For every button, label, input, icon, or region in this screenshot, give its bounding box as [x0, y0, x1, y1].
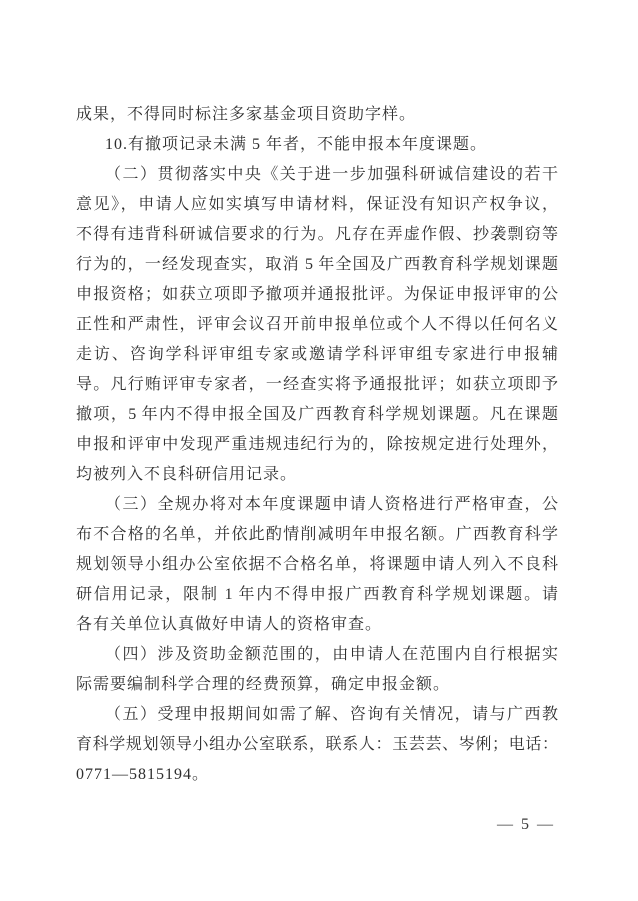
document-line: 撤项，5 年内不得申报全国及广西教育科学规划课题。凡在课题 — [76, 400, 558, 430]
document-body: 成果，不得同时标注多家基金项目资助字样。10.有撤项记录未满 5 年者，不能申报… — [76, 100, 558, 790]
document-line: 走访、咨询学科评审组专家或邀请学科评审组专家进行申报辅 — [76, 340, 558, 370]
document-line: 育科学规划领导小组办公室联系，联系人：玉芸芸、岑俐；电话： — [76, 730, 558, 760]
document-line: （五）受理申报期间如需了解、咨询有关情况，请与广西教 — [76, 700, 558, 730]
document-line: 0771—5815194。 — [76, 760, 558, 790]
document-line: 成果，不得同时标注多家基金项目资助字样。 — [76, 100, 558, 130]
document-page: 成果，不得同时标注多家基金项目资助字样。10.有撤项记录未满 5 年者，不能申报… — [0, 0, 638, 901]
document-line: 际需要编制科学合理的经费预算，确定申报金额。 — [76, 670, 558, 700]
document-line: 正性和严肃性，评审会议召开前申报单位或个人不得以任何名义 — [76, 310, 558, 340]
document-line: 均被列入不良科研信用记录。 — [76, 460, 558, 490]
document-line: 布不合格的名单，并依此酌情削减明年申报名额。广西教育科学 — [76, 520, 558, 550]
document-line: （二）贯彻落实中央《关于进一步加强科研诚信建设的若干 — [76, 160, 558, 190]
document-line: 研信用记录，限制 1 年内不得申报广西教育科学规划课题。请 — [76, 580, 558, 610]
document-line: 各有关单位认真做好申请人的资格审查。 — [76, 610, 558, 640]
document-line: （四）涉及资助金额范围的，由申请人在范围内自行根据实 — [76, 640, 558, 670]
document-line: （三）全规办将对本年度课题申请人资格进行严格审查，公 — [76, 490, 558, 520]
document-line: 申报和评审中发现严重违规违纪行为的，除按规定进行处理外， — [76, 430, 558, 460]
document-line: 行为的，一经发现查实，取消 5 年全国及广西教育科学规划课题 — [76, 250, 558, 280]
page-number: — 5 — — [497, 816, 555, 833]
document-line: 意见》，申请人应如实填写申请材料，保证没有知识产权争议， — [76, 190, 558, 220]
document-line: 导。凡行贿评审专家者，一经查实将予通报批评；如获立项即予 — [76, 370, 558, 400]
page-footer: — 5 — — [0, 816, 555, 834]
document-line: 申报资格；如获立项即予撤项并通报批评。为保证申报评审的公 — [76, 280, 558, 310]
document-line: 10.有撤项记录未满 5 年者，不能申报本年度课题。 — [76, 130, 558, 160]
document-line: 规划领导小组办公室依据不合格名单，将课题申请人列入不良科 — [76, 550, 558, 580]
document-line: 不得有违背科研诚信要求的行为。凡存在弄虚作假、抄袭剽窃等 — [76, 220, 558, 250]
